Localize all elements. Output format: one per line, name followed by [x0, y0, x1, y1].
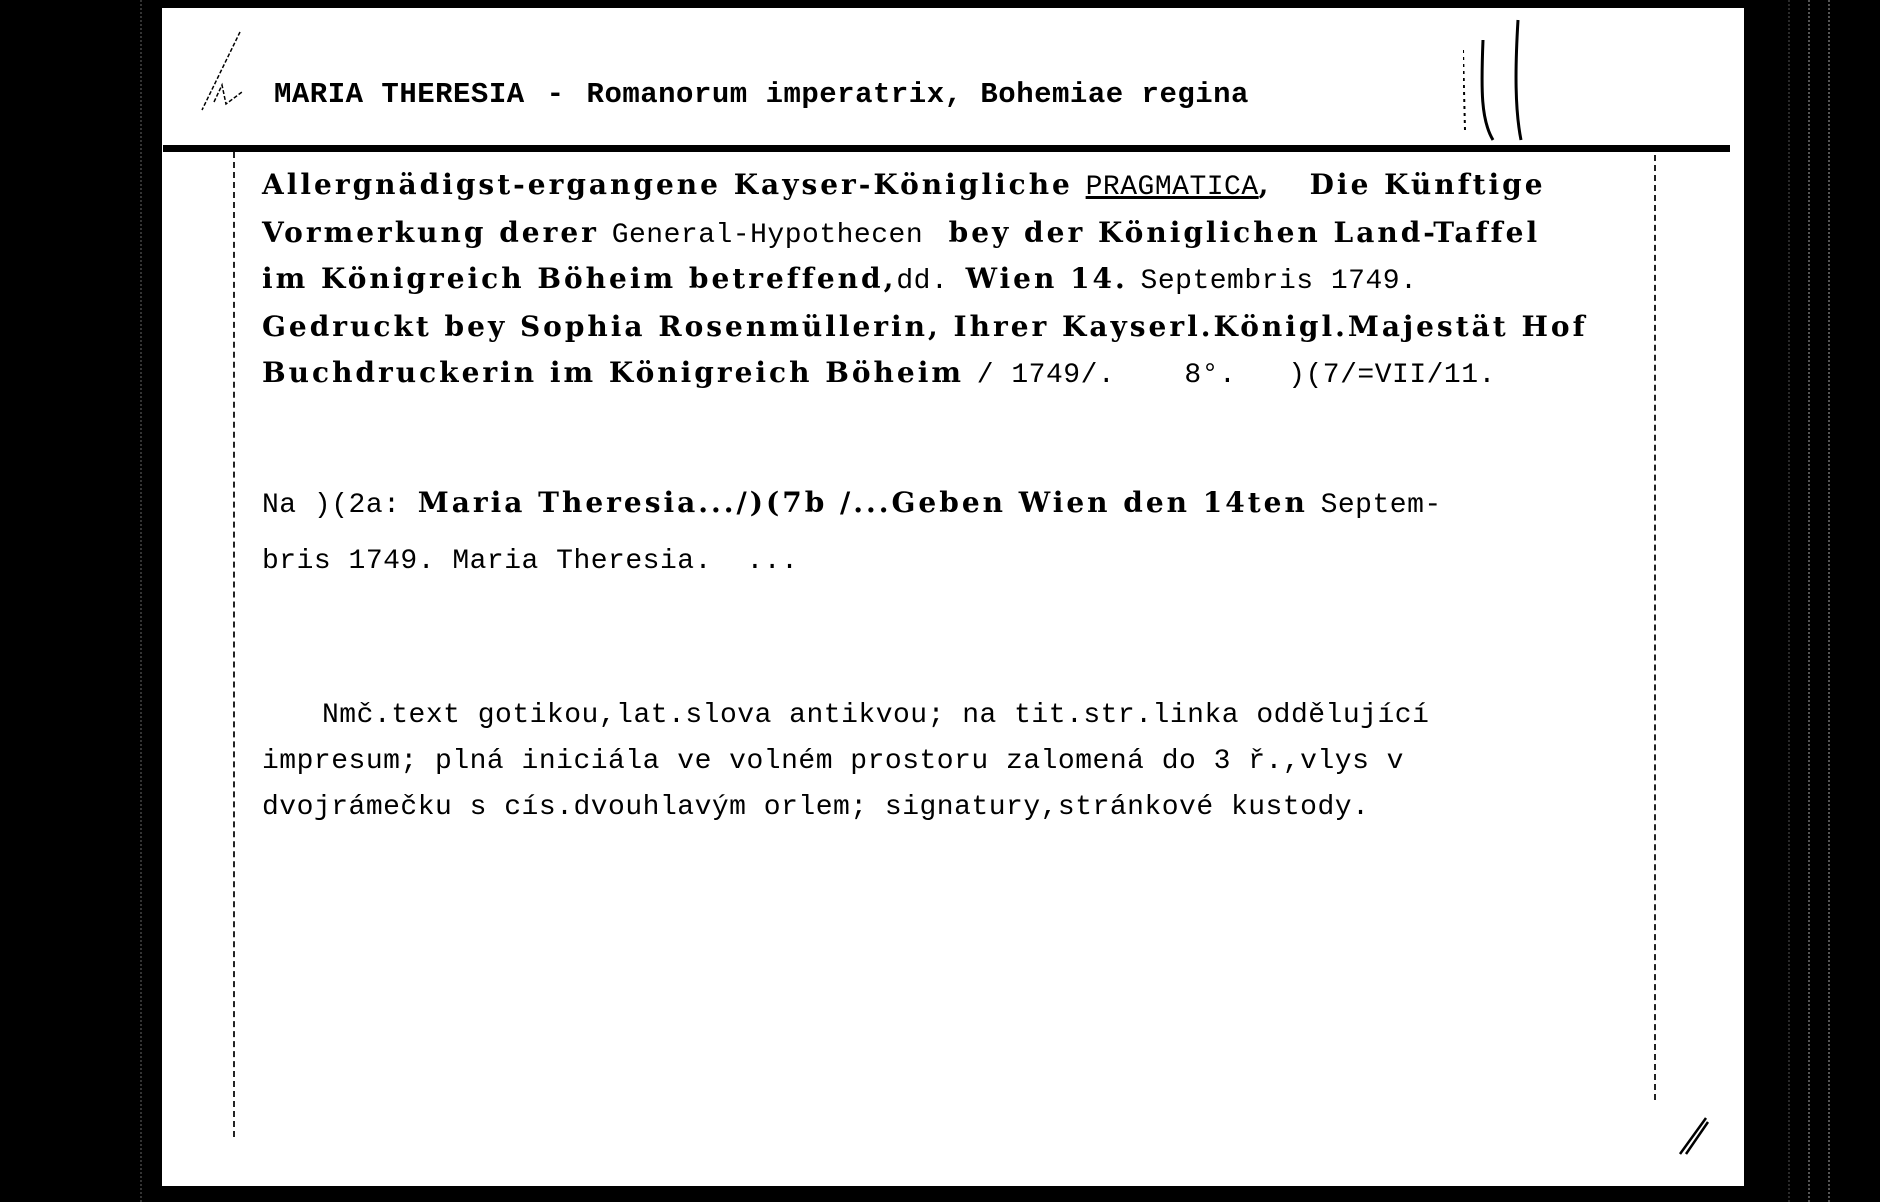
note-line: Nmč.text gotikou,lat.slova antikvou; na …: [322, 700, 1429, 731]
right-margin-rule: [1654, 155, 1656, 1100]
film-edge-perforation: [140, 0, 144, 1202]
film-edge-perforation: [1808, 0, 1812, 1202]
fraktur-text: Gedruckt bey Sophia Rosenmüllerin, Ihrer…: [262, 310, 1588, 343]
typed-text: bris 1749. Maria Theresia. ...: [262, 546, 798, 577]
film-edge-perforation: [1828, 0, 1832, 1202]
typed-text: Septembris 1749.: [1141, 266, 1418, 297]
fraktur-text: , Die Künftige: [1259, 168, 1546, 201]
author-name: MARIA THERESIA: [274, 78, 525, 111]
text-line: Allergnädigst-ergangene Kayser-Königlich…: [262, 168, 1546, 203]
typed-text: Septem-: [1321, 490, 1442, 521]
film-edge-perforation: [1788, 0, 1792, 1202]
fraktur-text: Wien 14.: [966, 262, 1141, 295]
typed-text: / 1749/. 8°. )(7/=VII/11.: [977, 360, 1496, 391]
text-line: im Königreich Böheim betreffend,dd. Wien…: [262, 262, 1417, 297]
fraktur-text: Allergnädigst-ergangene Kayser-Königlich…: [262, 168, 1086, 201]
typed-text: Na )(2a:: [262, 490, 418, 521]
author-title: Romanorum imperatrix, Bohemiae regina: [587, 78, 1249, 111]
text-line: Gedruckt bey Sophia Rosenmüllerin, Ihrer…: [262, 310, 1588, 345]
card-heading: MARIA THERESIA-Romanorum imperatrix, Boh…: [274, 78, 1249, 111]
fraktur-text: im Königreich Böheim betreffend,: [262, 262, 896, 295]
note-line: impresum; plná iniciála ve volném prosto…: [262, 746, 1404, 777]
typed-text: dd.: [896, 266, 965, 297]
fraktur-text: bey der Königlichen Land-Taffel: [923, 216, 1540, 249]
heading-separator: -: [547, 78, 565, 111]
handwritten-mark-icon: [192, 30, 252, 115]
text-line: Na )(2a: Maria Theresia.../)(7b /...Gebe…: [262, 486, 1442, 521]
typed-text: General-Hypothecen: [612, 220, 923, 251]
page-number-mark: [1676, 1114, 1712, 1156]
fraktur-text: Buchdruckerin im Königreich Böheim: [262, 356, 977, 389]
header-divider: [163, 145, 1730, 152]
text-line: Vormerkung derer General-Hypothecen bey …: [262, 216, 1540, 251]
typed-text: PRAGMATICA: [1086, 172, 1259, 203]
left-margin-rule: [233, 152, 235, 1137]
fraktur-text: Vormerkung derer: [262, 216, 612, 249]
staple-mark-icon: [1463, 10, 1563, 150]
text-line: bris 1749. Maria Theresia. ...: [262, 546, 798, 577]
fraktur-text: Maria Theresia.../)(7b /...Geben Wien de…: [418, 486, 1321, 519]
note-line: dvojrámečku s cís.dvouhlavým orlem; sign…: [262, 792, 1369, 823]
text-line: Buchdruckerin im Königreich Böheim / 174…: [262, 356, 1496, 391]
